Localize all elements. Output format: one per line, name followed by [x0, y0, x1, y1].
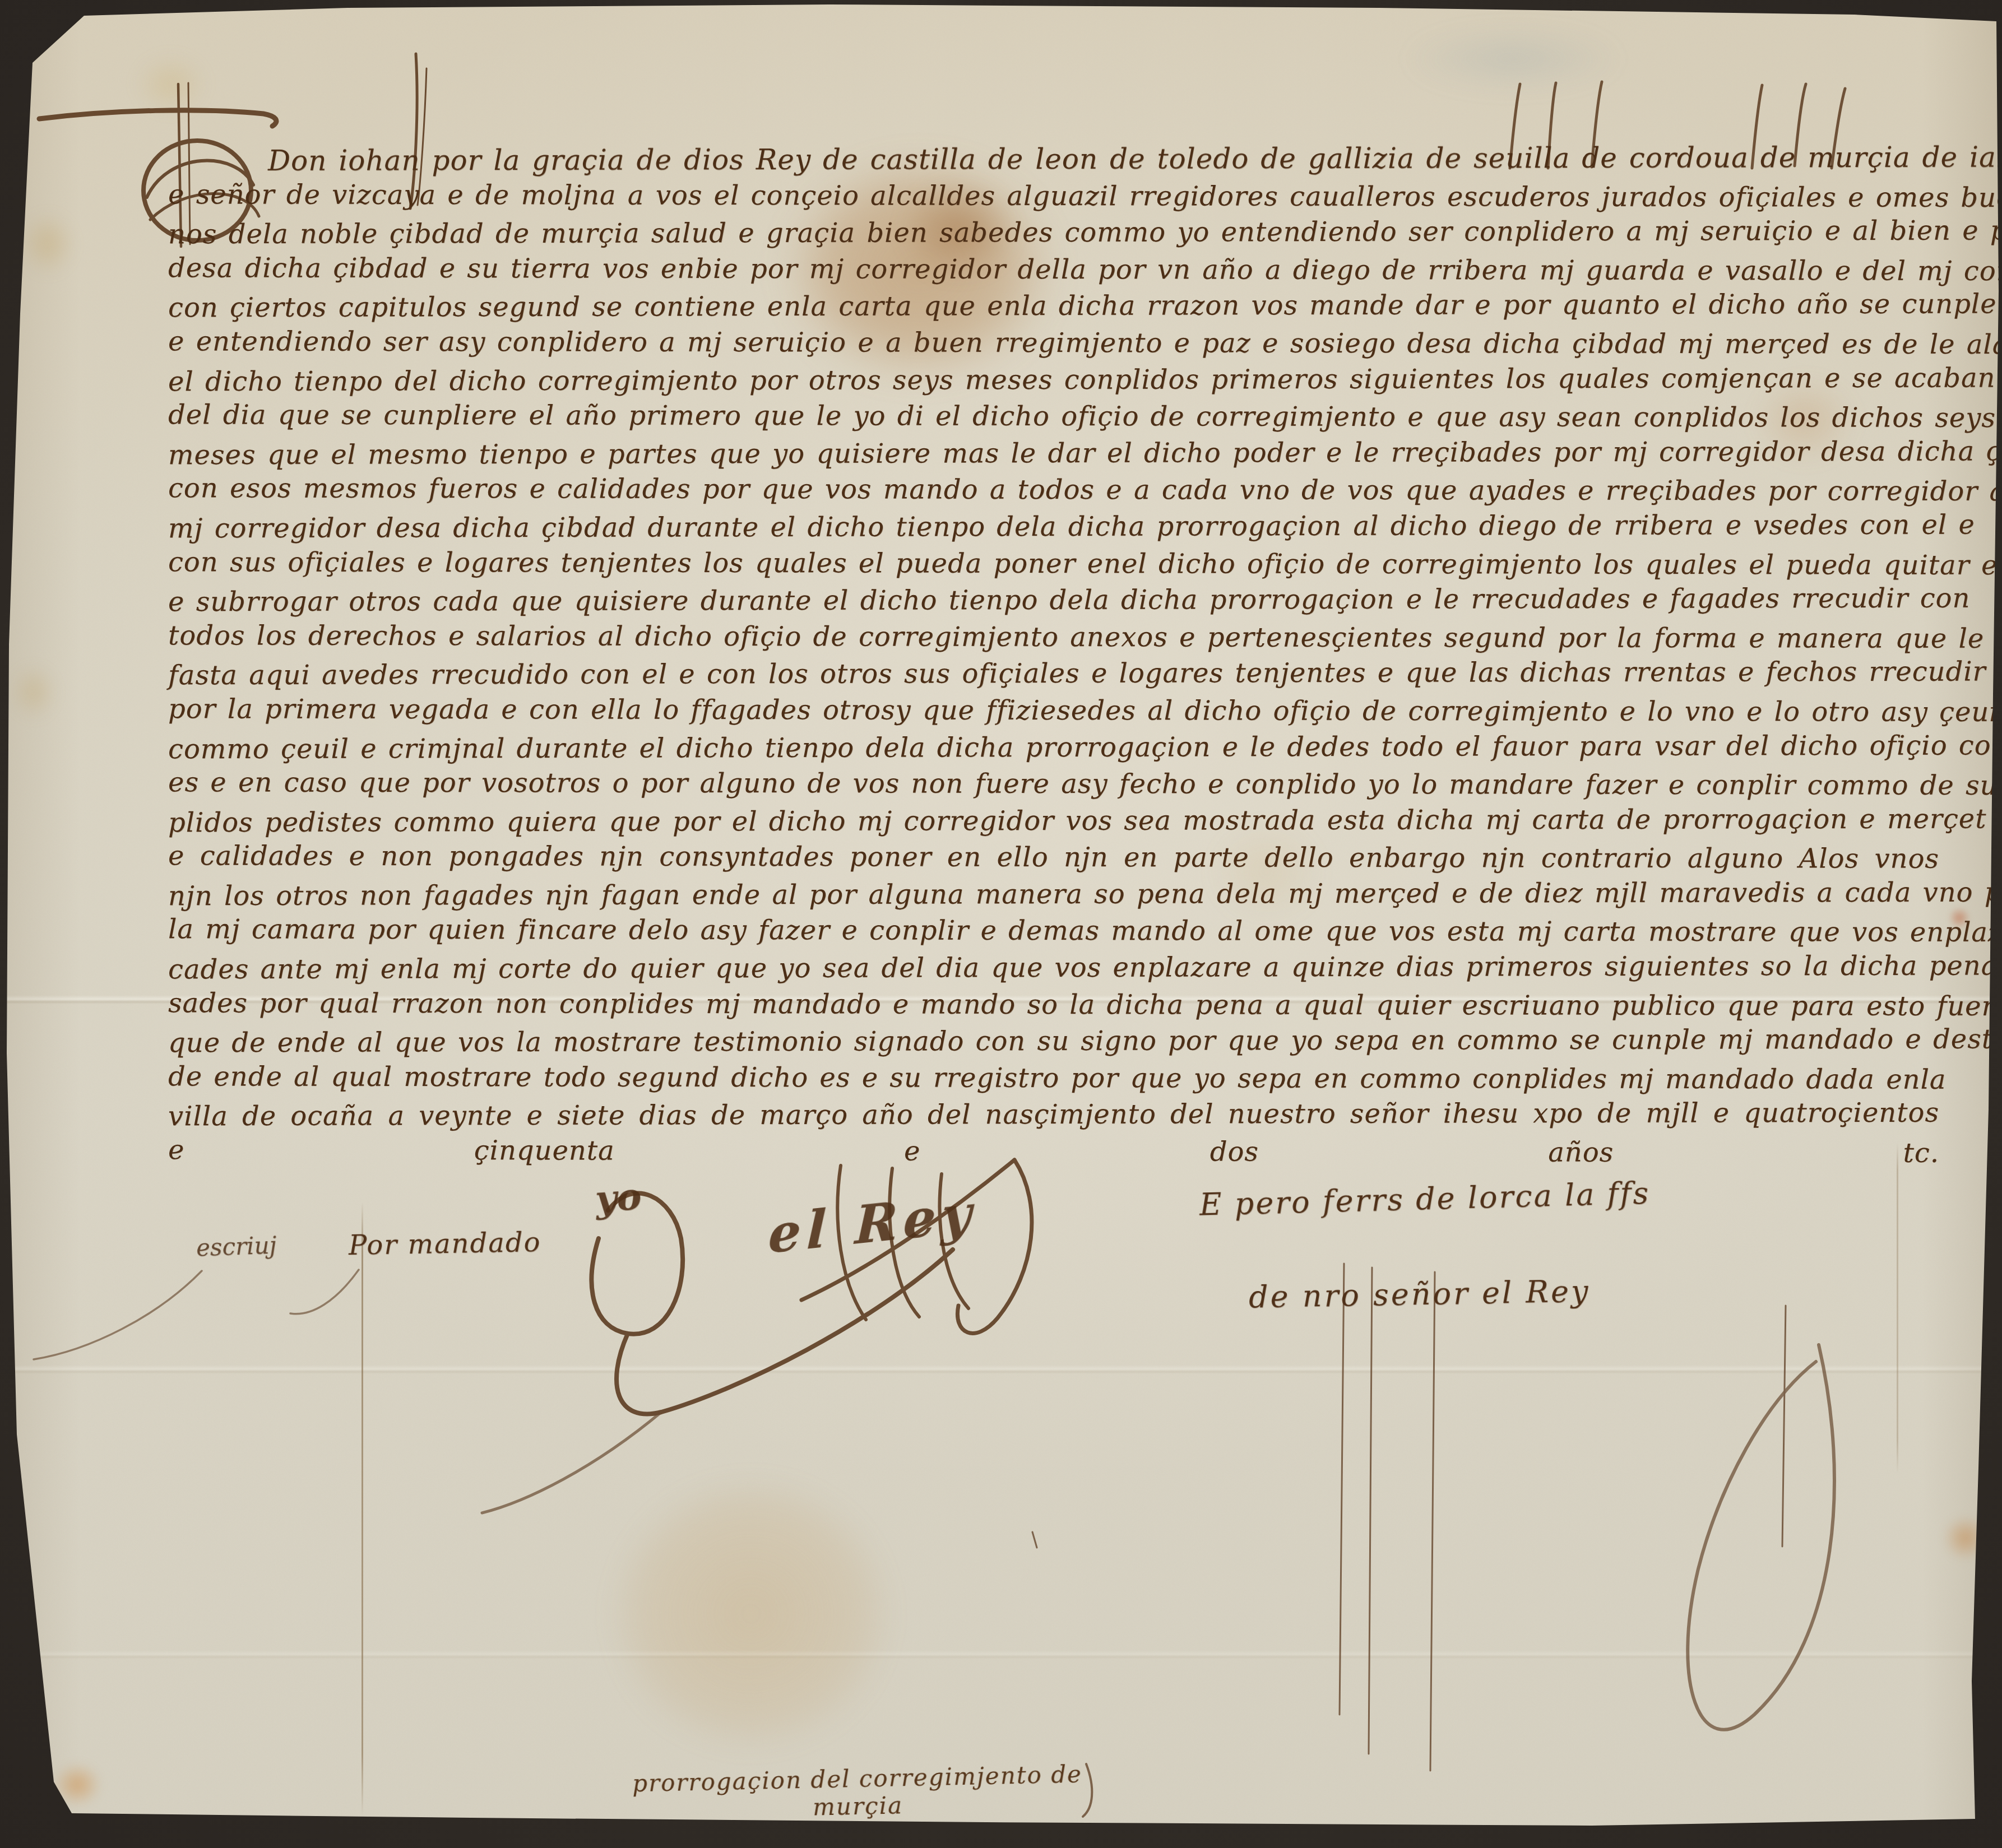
body-line: desa dicha çibdad e su tierra vos enbie …: [168, 250, 1939, 290]
body-line: el dicho tienpo del dicho corregimjento …: [168, 360, 1939, 400]
body-line: e subrrogar otros cada que quisiere dura…: [168, 581, 1939, 621]
body-line: e entendiendo ser asy conplidero a mj se…: [168, 323, 1939, 363]
body-line: mj corregidor desa dicha çibdad durante …: [168, 507, 1939, 547]
body-line: fasta aqui avedes rrecudido con el e con…: [168, 654, 1939, 694]
secretary-attestation-line2: de nro señor el Rey: [1248, 1274, 1590, 1315]
body-line: njn los otros non fagades njn fagan ende…: [168, 875, 1939, 915]
body-line: con sus ofiçiales e logares tenjentes lo…: [168, 544, 1939, 584]
parchment-sheet: Don iohan por la graçia de dios Rey de c…: [0, 0, 2002, 1848]
body-line: que de ende al que vos la mostrare testi…: [168, 1021, 1939, 1062]
body-line: la mj camara por quien fincare delo asy …: [168, 912, 1939, 951]
body-line: [168, 1168, 1939, 1209]
body-line: es e en caso que por vosotros o por algu…: [168, 764, 1939, 804]
archival-docket-note: prorrogaçion del corregimjento de murçia: [605, 1760, 1110, 1826]
body-line: e çinquenta e dos años tc.: [168, 1132, 1939, 1172]
body-line: meses que el mesmo tienpo e partes que y…: [168, 433, 1939, 473]
body-line: con esos mesmos fueros e calidades por q…: [168, 471, 1939, 510]
by-order-note: Por mandado: [349, 1227, 541, 1261]
body-line: del dia que se cunpliere el año primero …: [168, 397, 1939, 437]
body-line: villa de ocaña a veynte e siete dias de …: [168, 1095, 1939, 1135]
body-line: plidos pedistes commo quiera que por el …: [168, 801, 1939, 841]
body-line: nos dela noble çibdad de murçia salud e …: [168, 213, 1939, 253]
secretary-abbrev-note: escriuj: [196, 1232, 277, 1262]
photo-background: Don iohan por la graçia de dios Rey de c…: [0, 0, 2002, 1848]
body-line: Don iohan por la graçia de dios Rey de c…: [168, 140, 1939, 180]
royal-signature-yo: yo: [594, 1174, 643, 1221]
body-line: commo çeuil e crimjnal durante el dicho …: [168, 727, 1939, 768]
body-line: por la primera vegada e con ella lo ffag…: [168, 691, 1939, 731]
body-line: sades por qual rrazon non conplides mj m…: [168, 985, 1939, 1025]
body-line: todos los derechos e salarios al dicho o…: [168, 617, 1939, 657]
body-line: e señor de vizcaya e de moljna a vos el …: [168, 177, 1939, 216]
body-line: cades ante mj enla mj corte do quier que…: [168, 948, 1939, 988]
body-line: e calidades e non pongades njn consyntad…: [168, 838, 1939, 878]
body-line: con çiertos capitulos segund se contiene…: [168, 286, 1939, 327]
body-line: de ende al qual mostrare todo segund dic…: [168, 1058, 1939, 1098]
body-text: Don iohan por la graçia de dios Rey de c…: [168, 141, 1939, 1207]
